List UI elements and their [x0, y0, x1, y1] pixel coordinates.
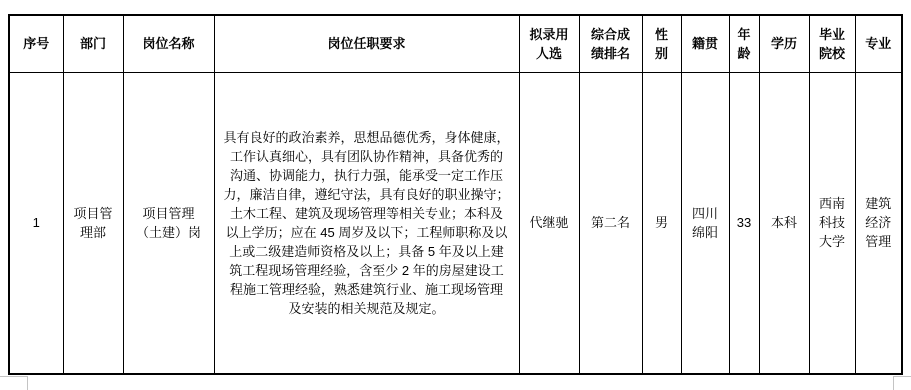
- cell-education: 本科: [759, 72, 809, 374]
- page-corner-mark-right: [893, 376, 911, 390]
- document-page: 序号 部门 岗位名称 岗位任职要求 拟录用 人选 综合成 绩排名 性 别 籍贯 …: [0, 0, 911, 390]
- cell-age: 33: [729, 72, 759, 374]
- header-proposed-candidate: 拟录用 人选: [519, 15, 579, 72]
- cell-major: 建筑 经济 管理: [855, 72, 902, 374]
- header-gender: 性 别: [642, 15, 681, 72]
- header-department: 部门: [63, 15, 123, 72]
- page-corner-mark-left: [0, 376, 28, 390]
- cell-job-requirements: 具有良好的政治素养，思想品德优秀，身体健康， 工作认真细心，具有团队协作精神，具…: [214, 72, 519, 374]
- cell-graduation-school: 西南 科技 大学: [809, 72, 855, 374]
- cell-proposed-candidate: 代继驰: [519, 72, 579, 374]
- header-serial-number: 序号: [9, 15, 63, 72]
- header-major: 专业: [855, 15, 902, 72]
- header-education: 学历: [759, 15, 809, 72]
- recruitment-result-table: 序号 部门 岗位名称 岗位任职要求 拟录用 人选 综合成 绩排名 性 别 籍贯 …: [8, 14, 903, 375]
- cell-department: 项目管 理部: [63, 72, 123, 374]
- header-score-ranking: 综合成 绩排名: [579, 15, 642, 72]
- header-graduation-school: 毕业 院校: [809, 15, 855, 72]
- cell-score-ranking: 第二名: [579, 72, 642, 374]
- cell-native-place: 四川 绵阳: [681, 72, 729, 374]
- cell-gender: 男: [642, 72, 681, 374]
- header-job-requirements: 岗位任职要求: [214, 15, 519, 72]
- cell-position-name: 项目管理 （土建）岗: [123, 72, 214, 374]
- header-position-name: 岗位名称: [123, 15, 214, 72]
- header-native-place: 籍贯: [681, 15, 729, 72]
- cell-serial-number: 1: [9, 72, 63, 374]
- header-row: 序号 部门 岗位名称 岗位任职要求 拟录用 人选 综合成 绩排名 性 别 籍贯 …: [9, 15, 902, 72]
- header-age: 年 龄: [729, 15, 759, 72]
- table-row: 1 项目管 理部 项目管理 （土建）岗 具有良好的政治素养，思想品德优秀，身体健…: [9, 72, 902, 374]
